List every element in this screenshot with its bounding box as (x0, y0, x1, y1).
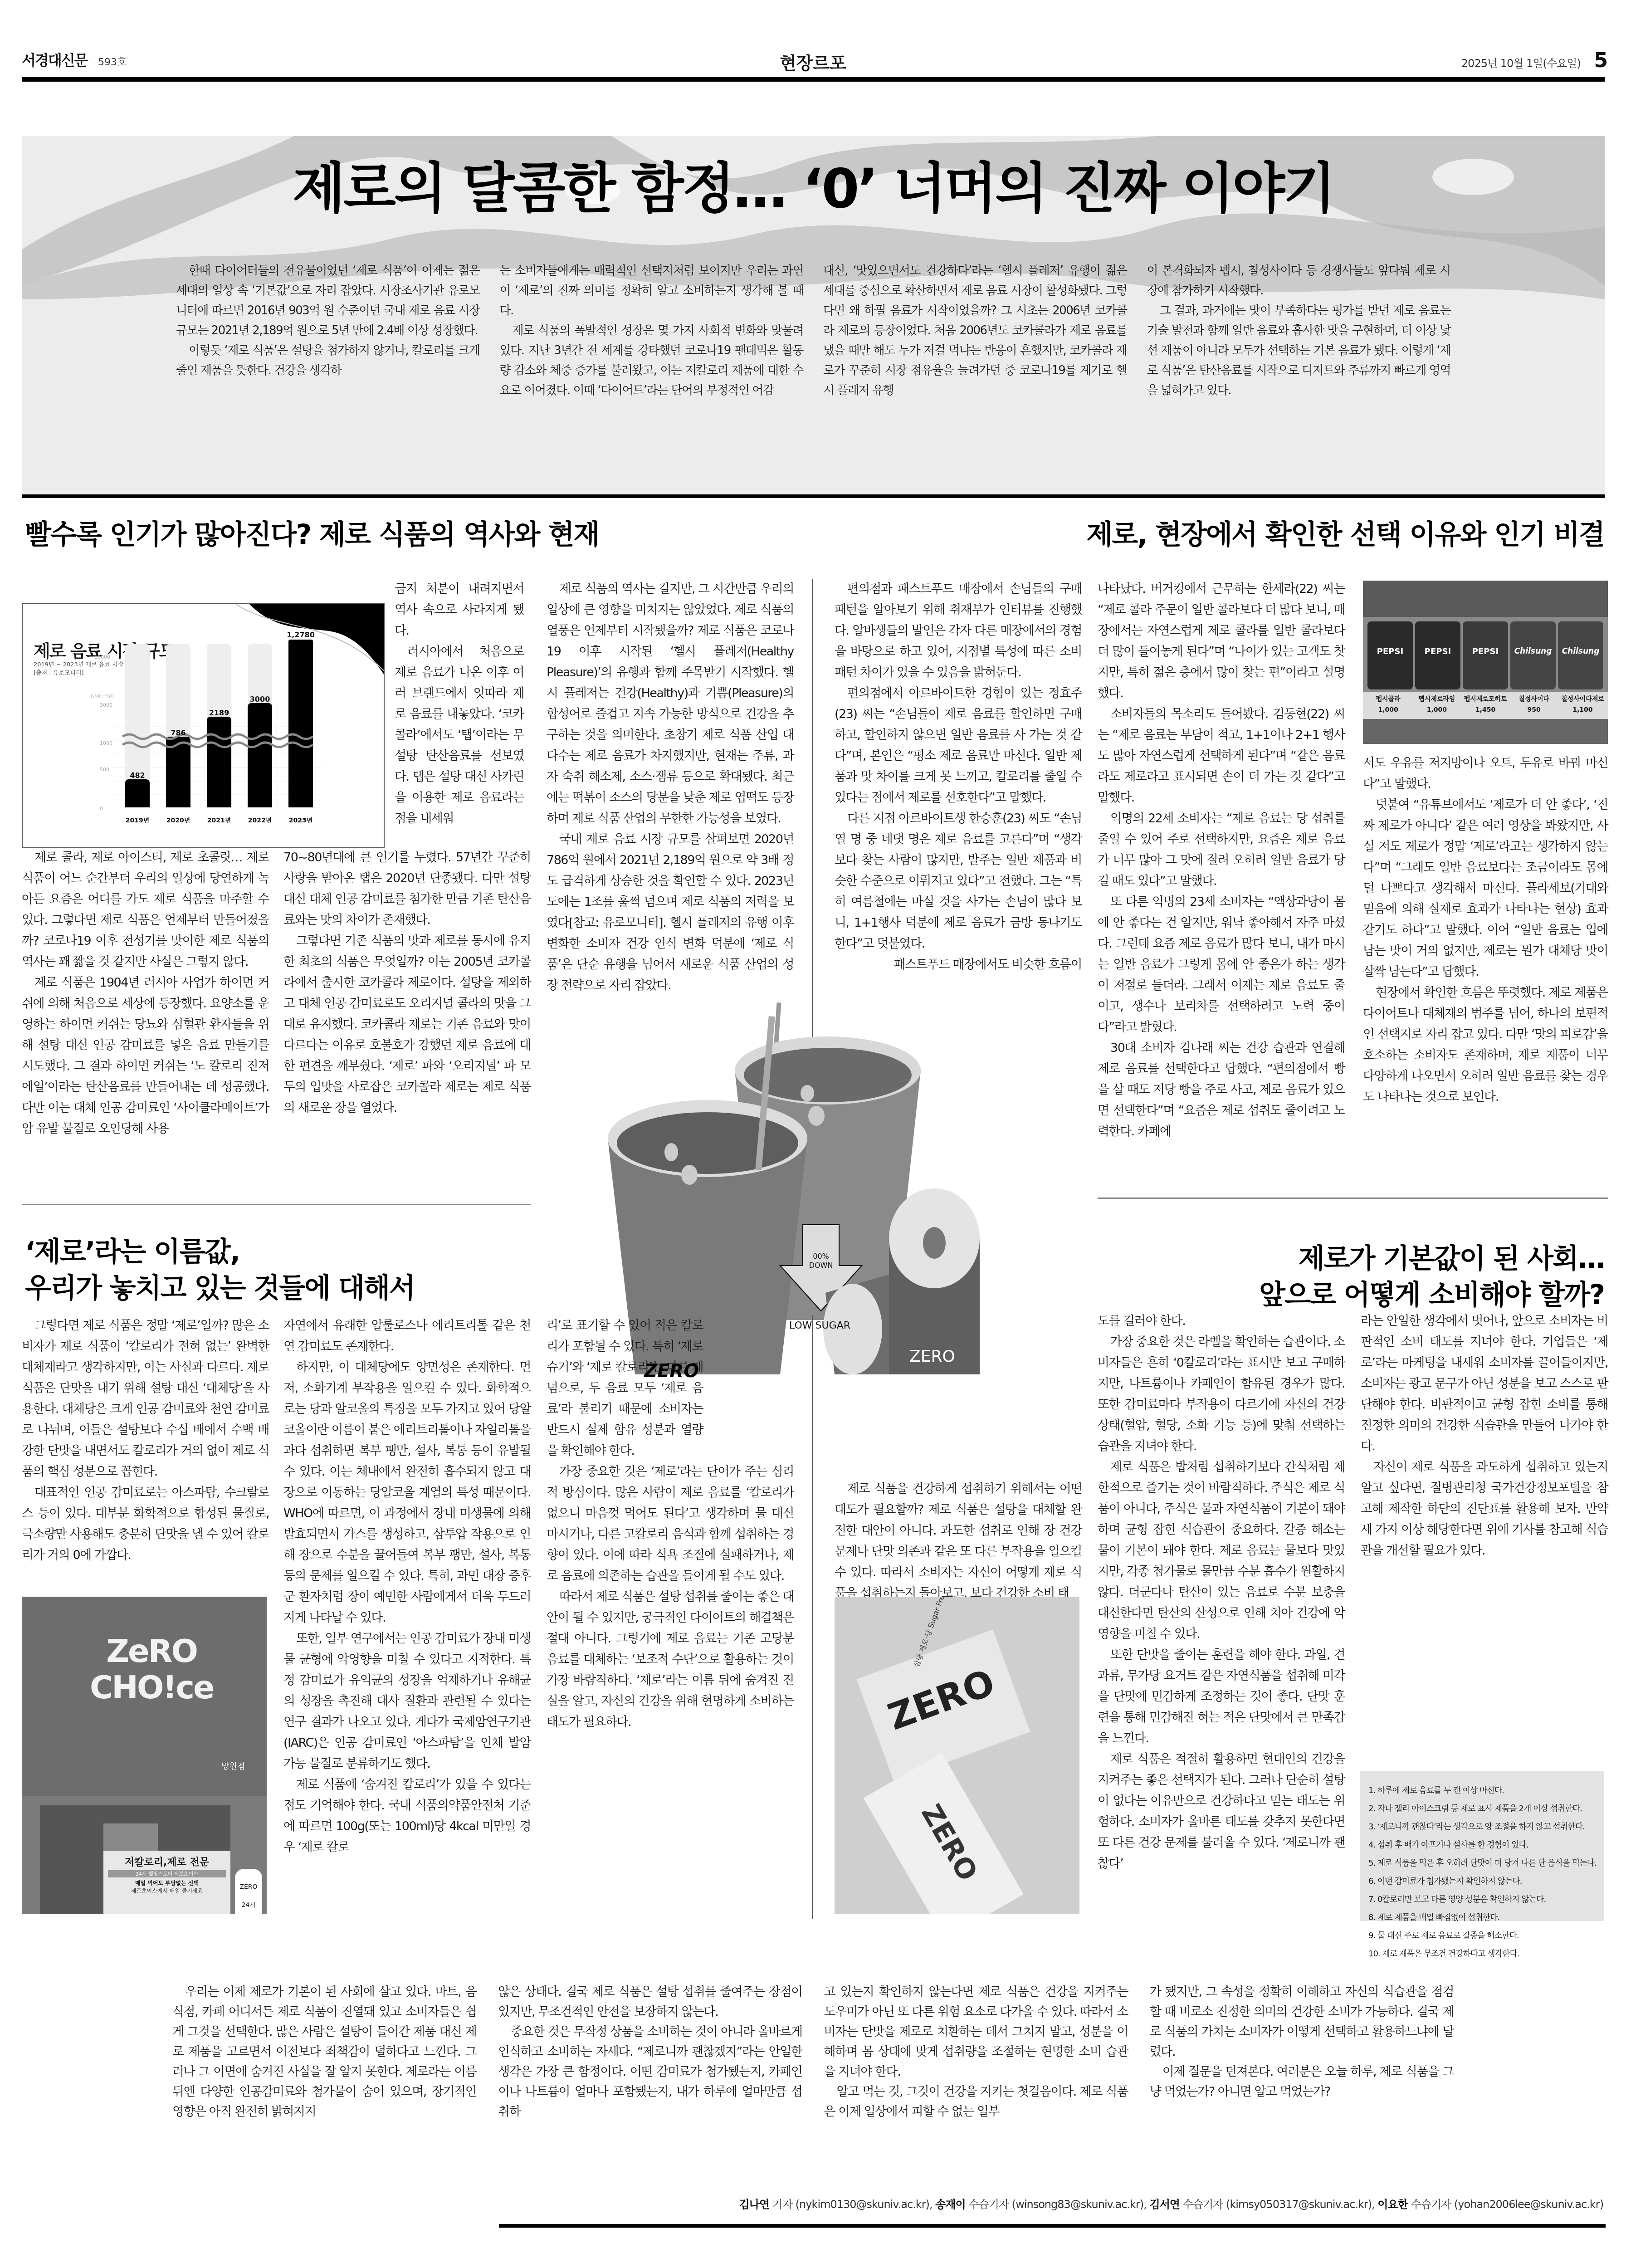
reporter-role: 수습기자 (968, 2198, 1009, 2211)
footer-rule (499, 2224, 1606, 2228)
paragraph: 고 있는지 확인하지 않는다면 제로 식품은 건강을 지켜주는 도우미가 아닌 … (824, 1982, 1128, 2082)
pepsi-can: PEPSI (1367, 621, 1413, 689)
price-tag: 칠성사이다950 (1511, 694, 1558, 717)
section3-col-1: 그렇다면 제로 식품은 정말 ‘제로’일까? 많은 소비자가 제로 식품이 ‘칼… (22, 1315, 269, 1566)
paragraph: 제로 식품은 밥처럼 섭취하기보다 간식처럼 제한적으로 즐기는 것이 바람직하… (1098, 1457, 1345, 1645)
section4-title: 제로가 기본값이 된 사회… 앞으로 어떻게 소비해야 할까? (1259, 1241, 1604, 1313)
zero-pack: ZERO (863, 1753, 1023, 1914)
market-size-chart: 제로 음료 시장 규모 2019년 ~ 2023년 제로 음료 시장 규모 비교… (22, 603, 385, 848)
paragraph: 우리는 이제 제로가 기본이 된 사회에 살고 있다. 마트, 음식점, 카페 … (172, 1982, 476, 2122)
value-label: 2189 (201, 709, 237, 717)
section-name: 현장르포 (0, 49, 1626, 70)
store-sign: ZeROCHO!ce (90, 1633, 213, 1706)
section1-title: 빨수록 인기가 많아진다? 제로 식품의 역사와 현재 (25, 517, 599, 552)
store-banner: 저칼로리,제로 전문 24시 웰빙스토어 제로초이스 매일 먹어도 부담없는 선… (103, 1851, 230, 1914)
x-tick: 2019년 (119, 816, 156, 825)
section3-col-2: 자연에서 유래한 알룰로스나 에리트리톨 같은 천연 감미료도 존재한다. 하지… (283, 1315, 531, 1858)
reporter-name: 송재이 (935, 2198, 966, 2211)
value-label: 3000 (242, 695, 278, 704)
paragraph: 편의점과 패스트푸드 매장에서 손님들의 구매 패턴을 알아보기 위해 취재부가… (835, 579, 1082, 683)
reporter-email[interactable]: (winsong83@skuniv.ac.kr) (1012, 2198, 1143, 2211)
section4-col-2: 도를 길러야 한다. 가장 중요한 것은 라벨을 확인하는 습관이다. 소비자들… (1098, 1311, 1345, 1874)
paragraph: 이 본격화되자 펩시, 칠성사이다 등 경쟁사들도 앞다퉈 제로 시장에 참가하… (1147, 261, 1451, 301)
section4-col-1: 제로 식품을 건강하게 섭취하기 위해서는 어떤 태도가 필요할까? 제로 식품… (835, 1479, 1082, 1604)
byline: 김나연 기자 (nykim0130@skuniv.ac.kr), 송재이 수습기… (739, 2195, 1603, 2211)
arrow-label: 00%DOWN (807, 1252, 835, 1270)
paragraph: 현장에서 확인한 흐름은 뚜렷했다. 제로 제품은 다이어트나 대체재의 범주를… (1363, 982, 1608, 1108)
paragraph: 가 됐지만, 그 속성을 정확히 이해하고 자신의 식습관을 점검할 때 비로소… (1150, 1982, 1454, 2062)
paragraph: 가장 중요한 것은 ‘제로’라는 단어가 주는 심리적 방심이다. 많은 사람이… (547, 1461, 794, 1587)
paragraph: 자신이 제로 식품을 과도하게 섭취하고 있는지 알고 싶다면, 질병관리청 국… (1361, 1457, 1608, 1561)
paragraph: 제로 식품을 건강하게 섭취하기 위해서는 어떤 태도가 필요할까? 제로 식품… (835, 1479, 1082, 1604)
x-tick: 2021년 (201, 816, 237, 825)
conclusion-col-3: 고 있는지 확인하지 않는다면 제로 식품은 건강을 지켜주는 도우미가 아닌 … (824, 1982, 1128, 2122)
paragraph: 다른 지점 아르바이트생 한승훈(23) 씨도 “손님 열 명 중 네댓 명은 … (835, 808, 1082, 954)
paragraph: 편의점에서 아르바이트한 경험이 있는 정효주(23) 씨는 “손님들이 제로 … (835, 683, 1082, 808)
section1-col-2: 70~80년대에 큰 인기를 누렸다. 57년간 꾸준히 사랑을 받아온 탭은 … (283, 847, 531, 1119)
paragraph: 제로 식품의 폭발적인 성장은 몇 가지 사회적 변화와 맞물려 있다. 지난 … (500, 321, 804, 401)
section2-col-1: 편의점과 패스트푸드 매장에서 손님들의 구매 패턴을 알아보기 위해 취재부가… (835, 579, 1082, 975)
can-zero-label: ZERO (909, 1347, 955, 1366)
section4-title-line1: 제로가 기본값이 된 사회… (1259, 1241, 1604, 1277)
paragraph: 그렇다면 기존 식품의 맛과 제로를 동시에 유지한 최초의 식품은 무엇일까?… (283, 931, 531, 1119)
reporter-email[interactable]: (yohan2006lee@skuniv.ac.kr) (1454, 2198, 1603, 2211)
paragraph: 대신, ‘맛있으면서도 건강하다’라는 ‘헬시 플레저’ 유행이 젊은 세대를 … (823, 261, 1127, 401)
low-sugar-label: LOW SUGAR (789, 1320, 850, 1331)
paragraph: 제로 식품의 역사는 길지만, 그 시간만큼 우리의 일상에 큰 영향을 미치지… (547, 579, 794, 829)
paragraph: 이렇듯 ‘제로 식품’은 설탕을 첨가하지 않거나, 칼로리를 크게 줄인 제품… (176, 341, 480, 381)
paragraph: 또한 단맛을 줄이는 훈련을 해야 한다. 과일, 견과류, 무가당 요거트 같… (1098, 1645, 1345, 1749)
checklist-item: 1. 하루에 제로 음료를 두 캔 이상 마신다. (1368, 1784, 1599, 1798)
paragraph: 도를 길러야 한다. (1098, 1311, 1345, 1332)
reporter-role: 수습기자 (1183, 2198, 1223, 2211)
reporter-role: 수습기자 (1411, 2198, 1451, 2211)
pepsi-can: PEPSI (1415, 621, 1460, 689)
paragraph: 70~80년대에 큰 인기를 누렸다. 57년간 꾸준히 사랑을 받아온 탭은 … (283, 847, 531, 931)
paragraph: 금지 처분이 내려지면서 역사 속으로 사라지게 됐다. (395, 579, 524, 641)
section1-col-1: 제로 콜라, 제로 아이스티, 제로 초콜릿… 제로 식품이 어느 순간부터 우… (22, 847, 269, 1139)
paragraph: 또한, 일부 연구에서는 인공 감미료가 장내 미생물 균형에 악영향을 미칠 … (283, 1628, 531, 1774)
conclusion-article: 우리는 이제 제로가 기본이 된 사회에 살고 있다. 마트, 음식점, 카페 … (172, 1982, 1454, 2122)
headline-banner: 제로의 달콤한 함정… ‘0’ 너머의 진짜 이야기 한때 다이어터들의 전유물… (22, 136, 1605, 494)
section-divider (22, 1204, 531, 1205)
paragraph: 익명의 22세 소비자는 “제로 음료는 당 섭취를 줄일 수 있어 주로 선택… (1098, 808, 1345, 892)
pepsi-can: PEPSI (1463, 621, 1508, 689)
section2-title: 제로, 현장에서 확인한 선택 이유와 인기 비결 (1087, 517, 1604, 552)
paragraph: 나타났다. 버거킹에서 근무하는 한세라(22) 씨는 “제로 콜라 주문이 일… (1098, 579, 1345, 704)
price-tag: 펩시제로모히토1,450 (1462, 694, 1509, 717)
paragraph: 또 다른 익명의 23세 소비자는 “액상과당이 몸에 안 좋다는 건 알지만,… (1098, 892, 1345, 1038)
section4-col-3: 라는 안일한 생각에서 벗어나, 앞으로 소비자는 비판적인 소비 태도를 지녀… (1361, 1311, 1608, 1561)
paragraph: 소비자들의 목소리도 들어봤다. 김동현(22) 씨는 “제로 음료는 부담이 … (1098, 704, 1345, 808)
paragraph: 제로 식품에 ‘숨겨진 칼로리’가 있을 수 있다는 점도 기억해야 한다. 국… (283, 1774, 531, 1858)
paragraph: 한때 다이어터들의 전유물이었던 ‘제로 식품’이 이제는 젊은 세대의 일상 … (176, 261, 480, 341)
intro-article: 한때 다이어터들의 전유물이었던 ‘제로 식품’이 이제는 젊은 세대의 일상 … (176, 261, 1450, 401)
price-tags: 펩시콜라1,000 펩시제로라임1,000 펩시제로모히토1,450 칠성사이다… (1363, 692, 1608, 719)
paragraph: 패스트푸드 매장에서도 비슷한 흐름이 (835, 954, 1082, 975)
section4-title-line2: 앞으로 어떻게 소비해야 할까? (1259, 1277, 1604, 1313)
paragraph: 제로 식품은 1904년 러시아 사업가 하이먼 커쉬에 의해 처음으로 세상에… (22, 973, 269, 1139)
store-shelf-photo: PEPSI PEPSI PEPSI Chilsung Chilsung 펩시콜라… (1363, 581, 1608, 744)
checklist-item: 7. 0칼로리만 보고 다른 영양 성분은 확인하지 않는다. (1368, 1893, 1599, 1906)
section3-title-line1: ‘제로’라는 이름값, (25, 1234, 415, 1270)
axis-break-icon (23, 604, 385, 848)
paragraph: 라는 안일한 생각에서 벗어나, 앞으로 소비자는 비판적인 소비 태도를 지녀… (1361, 1311, 1608, 1457)
headline: 제로의 달콤한 함정… ‘0’ 너머의 진짜 이야기 (22, 145, 1605, 223)
conclusion-col-1: 우리는 이제 제로가 기본이 된 사회에 살고 있다. 마트, 음식점, 카페 … (172, 1982, 476, 2122)
reporter-name: 김나연 (739, 2198, 770, 2211)
paragraph: 대표적인 인공 감미료로는 아스파탐, 수크랄로스 등이 있다. 대부분 화학적… (22, 1482, 269, 1566)
value-label: 482 (119, 771, 156, 780)
paragraph: 러시아에서 처음으로 제로 음료가 나온 이후 여러 브랜드에서 잇따라 제로 … (395, 641, 524, 829)
value-label: 786 (160, 728, 196, 737)
checklist-item: 6. 어떤 감미료가 첨가됐는지 확인하지 않는다. (1368, 1875, 1599, 1888)
paragraph: 하지만, 이 대체당에도 양면성은 존재한다. 먼저, 소화기계 부작용을 일으… (283, 1357, 531, 1628)
reporter-name: 김서연 (1149, 2198, 1180, 2211)
section1-chart-column: 금지 처분이 내려지면서 역사 속으로 사라지게 됐다. 러시아에서 처음으로 … (395, 579, 524, 829)
header-rule (22, 77, 1605, 82)
zero-choice-store-photo: ZeROCHO!ce 망원점 ZERO24시 GUILT FREE 저칼로리,제… (22, 1597, 267, 1914)
conclusion-col-4: 가 됐지만, 그 속성을 정확히 이해하고 자신의 식습관을 점검할 때 비로소… (1150, 1982, 1454, 2122)
paragraph: 따라서 제로 식품은 설탕 섭취를 줄이는 좋은 대안이 될 수 있지만, 궁극… (547, 1587, 794, 1733)
chilsung-can: Chilsung (1558, 621, 1603, 689)
banner-bottom-rule (22, 494, 1605, 498)
chilsung-can: Chilsung (1510, 621, 1556, 689)
page-number: 5 (1594, 49, 1608, 72)
x-tick: 2023년 (283, 816, 319, 825)
reporter-role: 기자 (772, 2198, 792, 2211)
x-tick: 2020년 (160, 816, 196, 825)
issue-date: 2025년 10월 1일(수요일) (1461, 57, 1581, 70)
reporter-name: 이요한 (1377, 2198, 1408, 2211)
price-tag: 칠성사이다제로1,100 (1559, 694, 1606, 717)
conclusion-col-2: 않은 상태다. 결국 제로 식품은 설탕 섭취를 줄여주는 장점이 있지만, 무… (498, 1982, 802, 2122)
paragraph: 중요한 것은 무작정 상품을 소비하는 것이 아니라 올바르게 인식하고 소비하… (498, 2022, 802, 2122)
checklist-item: 3. ‘제로니까 괜찮다’라는 생각으로 양 조절을 하지 않고 섭취한다. (1368, 1820, 1599, 1834)
paragraph: 가장 중요한 것은 라벨을 확인하는 습관이다. 소비자들은 흔히 ‘0칼로리’… (1098, 1332, 1345, 1457)
paragraph: 서도 우유를 저지방이나 오트, 두유로 바꿔 마신다”고 말했다. (1363, 753, 1608, 795)
intro-col-4: 이 본격화되자 펩시, 칠성사이다 등 경쟁사들도 앞다퉈 제로 시장에 참가하… (1147, 261, 1451, 401)
section3-title-line2: 우리가 놓치고 있는 것들에 대해서 (25, 1270, 415, 1306)
price-tag: 펩시콜라1,000 (1365, 694, 1411, 717)
paragraph: 는 소비자들에게는 매력적인 선택지처럼 보이지만 우리는 과연 이 ‘제로’의… (500, 261, 804, 321)
checklist-item: 5. 제로 식품을 먹은 후 오히려 단맛이 더 당겨 다른 단 음식을 먹는다… (1368, 1857, 1599, 1870)
column-divider (812, 1315, 813, 1919)
paragraph: 국내 제로 음료 시장 규모를 살펴보면 2020년 786억 원에서 2021… (547, 829, 794, 996)
intro-col-3: 대신, ‘맛있으면서도 건강하다’라는 ‘헬시 플레저’ 유행이 젊은 세대를 … (823, 261, 1127, 401)
paragraph: 자연에서 유래한 알룰로스나 에리트리톨 같은 천연 감미료도 존재한다. (283, 1315, 531, 1357)
self-diagnosis-checklist: 1. 하루에 제로 음료를 두 캔 이상 마신다. 2. 자나 젤리 아이스크림… (1360, 1771, 1604, 1921)
paragraph: 제로 콜라, 제로 아이스티, 제로 초콜릿… 제로 식품이 어느 순간부터 우… (22, 847, 269, 973)
price-tag: 펩시제로라임1,000 (1413, 694, 1460, 717)
intro-col-1: 한때 다이어터들의 전유물이었던 ‘제로 식품’이 이제는 젊은 세대의 일상 … (176, 261, 480, 401)
intro-col-2: 는 소비자들에게는 매력적인 선택지처럼 보이지만 우리는 과연 이 ‘제로’의… (500, 261, 804, 401)
section3-col-3: 리’로 표기할 수 있어 적은 칼로리가 포함될 수 있다. 특히 ‘제로 슈거… (547, 1315, 794, 1733)
paragraph: 리’로 표기할 수 있어 적은 칼로리가 포함될 수 있다. 특히 ‘제로 슈거… (547, 1315, 794, 1461)
x-tick: 2022년 (242, 816, 278, 825)
checklist-item: 2. 자나 젤리 아이스크림 등 제로 표시 제품을 2개 이상 섭취한다. (1368, 1802, 1599, 1816)
paragraph: 않은 상태다. 결국 제로 식품은 설탕 섭취를 줄여주는 장점이 있지만, 무… (498, 1982, 802, 2022)
section2-col-2: 나타났다. 버거킹에서 근무하는 한세라(22) 씨는 “제로 콜라 주문이 일… (1098, 579, 1345, 1142)
checklist-item: 10. 제로 제품은 무조건 건강하다고 생각한다. (1368, 1947, 1599, 1961)
section1-col-3: 제로 식품의 역사는 길지만, 그 시간만큼 우리의 일상에 큰 영향을 미치지… (547, 579, 794, 996)
section3-title: ‘제로’라는 이름값, 우리가 놓치고 있는 것들에 대해서 (25, 1234, 415, 1306)
paragraph: 그렇다면 제로 식품은 정말 ‘제로’일까? 많은 소비자가 제로 식품이 ‘칼… (22, 1315, 269, 1482)
zero-snacks-photo: ZERO ZERO 설탕 제로·당 Sugar Free (835, 1597, 1079, 1914)
reporter-email[interactable]: (nykim0130@skuniv.ac.kr) (796, 2198, 929, 2211)
masthead-right: 2025년 10월 1일(수요일) 5 (1461, 49, 1608, 70)
checklist-item: 8. 제로 제품을 매일 빠짐없이 섭취한다. (1368, 1911, 1599, 1925)
zero-24-badge: ZERO24시 (235, 1869, 262, 1914)
paragraph: 이제 질문을 던져본다. 여러분은 오늘 하루, 제로 식품을 그냥 먹었는가?… (1150, 2062, 1454, 2102)
branch-label: 망원점 (221, 1760, 245, 1772)
section-divider (1098, 1198, 1608, 1199)
value-label: 1,2780 (283, 631, 319, 639)
paragraph: 그 결과, 과거에는 맛이 부족하다는 평가를 받던 제로 음료는 기술 발전과… (1147, 301, 1451, 401)
paragraph: 알고 먹는 것, 그것이 건강을 지키는 첫걸음이다. 제로 식품은 이제 일상… (824, 2082, 1128, 2122)
paragraph: 덧붙여 “유튜브에서도 ‘제로가 더 안 좋다’, ‘진짜 제로가 아니다’ 같… (1363, 795, 1608, 982)
checklist-item: 4. 섭취 후 배가 아프거나 설사를 한 경험이 있다. (1368, 1838, 1599, 1852)
paragraph: 30대 소비자 김나래 씨는 건강 습관과 연결해 제로 음료를 선택한다고 답… (1098, 1038, 1345, 1142)
paragraph: 제로 식품은 적절히 활용하면 현대인의 건강을 지켜주는 좋은 선택지가 된다… (1098, 1749, 1345, 1874)
checklist-item: 9. 물 대신 주로 제로 음료로 갈증을 해소한다. (1368, 1929, 1599, 1943)
reporter-email[interactable]: (kimsy050317@skuniv.ac.kr) (1226, 2198, 1372, 2211)
section2-col-3: 서도 우유를 저지방이나 오트, 두유로 바꿔 마신다”고 말했다. 덧붙여 “… (1363, 753, 1608, 1108)
